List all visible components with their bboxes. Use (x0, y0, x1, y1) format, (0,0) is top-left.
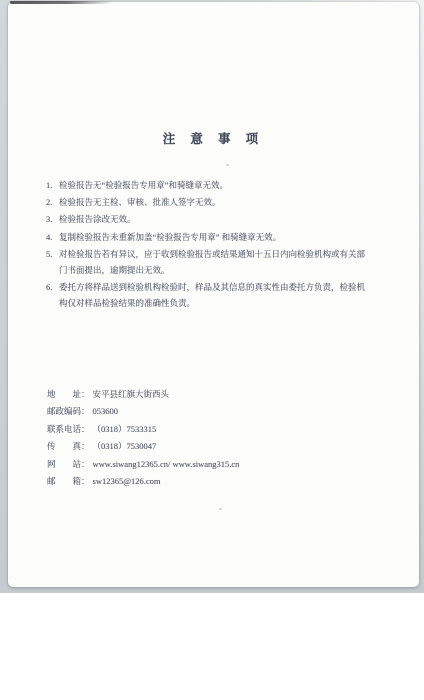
contact-value: 053600 (93, 403, 119, 420)
contact-label: 邮政编码： (47, 403, 90, 420)
note-text: 检验报告无“检验报告专用章”和骑缝章无效。 (59, 178, 372, 194)
note-number: 4. (46, 230, 59, 246)
contact-label: 网 站： (47, 456, 90, 473)
note-number: 6. (46, 280, 59, 312)
scan-edge-artifact (10, 1, 113, 4)
contact-label: 传 真： (47, 438, 90, 455)
contact-value: 安平县红旗大街西头 (93, 386, 170, 403)
contact-fax: 传 真：（0318）7530047 (47, 438, 239, 455)
contact-block: 地 址：安平县红旗大街西头 邮政编码：053600 联系电话：（0318）753… (47, 386, 239, 490)
contact-email: 邮 箱：sw12365@126.com (47, 473, 239, 490)
note-text: 检验报告无主检、审核、批准人签字无效。 (59, 195, 372, 211)
note-item-4: 4. 复制检验报告未重新加盖“检验报告专用章” 和骑缝章无效。 (46, 230, 372, 246)
note-number: 1. (46, 178, 59, 194)
contact-label: 邮 箱： (47, 473, 90, 490)
contact-phone: 联系电话：（0318）7533315 (47, 421, 239, 438)
contact-address: 地 址：安平县红旗大街西头 (47, 386, 239, 403)
note-text: 检验报告涂改无效。 (59, 212, 372, 228)
note-text: 复制检验报告未重新加盖“检验报告专用章” 和骑缝章无效。 (59, 230, 372, 246)
contact-label: 联系电话： (47, 421, 90, 438)
contact-value: （0318）7533315 (93, 421, 157, 438)
contact-postcode: 邮政编码：053600 (47, 403, 239, 420)
note-number: 2. (46, 195, 59, 211)
contact-value: www.siwang12365.cn/ www.siwang315.cn (93, 456, 240, 473)
document-page: 注 意 事 项 1. 检验报告无“检验报告专用章”和骑缝章无效。 2. 检验报告… (8, 2, 419, 587)
note-item-2: 2. 检验报告无主检、审核、批准人签字无效。 (46, 195, 372, 211)
note-item-1: 1. 检验报告无“检验报告专用章”和骑缝章无效。 (46, 178, 372, 194)
contact-value: sw12365@126.com (93, 473, 161, 490)
note-number: 5. (46, 247, 59, 279)
scan-speck (226, 164, 229, 166)
contact-value: （0318）7530047 (93, 438, 157, 455)
contact-label: 地 址： (47, 386, 90, 403)
note-item-3: 3. 检验报告涂改无效。 (46, 212, 372, 228)
page-title: 注 意 事 项 (8, 129, 419, 147)
note-item-6: 6. 委托方将样品送到检验机构检验时，样品及其信息的真实性由委托方负责，检验机构… (46, 280, 372, 312)
note-text: 委托方将样品送到检验机构检验时，样品及其信息的真实性由委托方负责，检验机构仅对样… (59, 280, 372, 312)
contact-website: 网 站：www.siwang12365.cn/ www.siwang315.cn (47, 456, 239, 473)
note-item-5: 5. 对检验报告若有异议，应于收到检验报告或结果通知十五日内向检验机构或有关部门… (46, 247, 372, 279)
notes-list: 1. 检验报告无“检验报告专用章”和骑缝章无效。 2. 检验报告无主检、审核、批… (46, 178, 372, 313)
scan-speck (219, 508, 222, 510)
note-number: 3. (46, 212, 59, 228)
note-text: 对检验报告若有异议，应于收到检验报告或结果通知十五日内向检验机构或有关部门书面提… (59, 247, 372, 279)
